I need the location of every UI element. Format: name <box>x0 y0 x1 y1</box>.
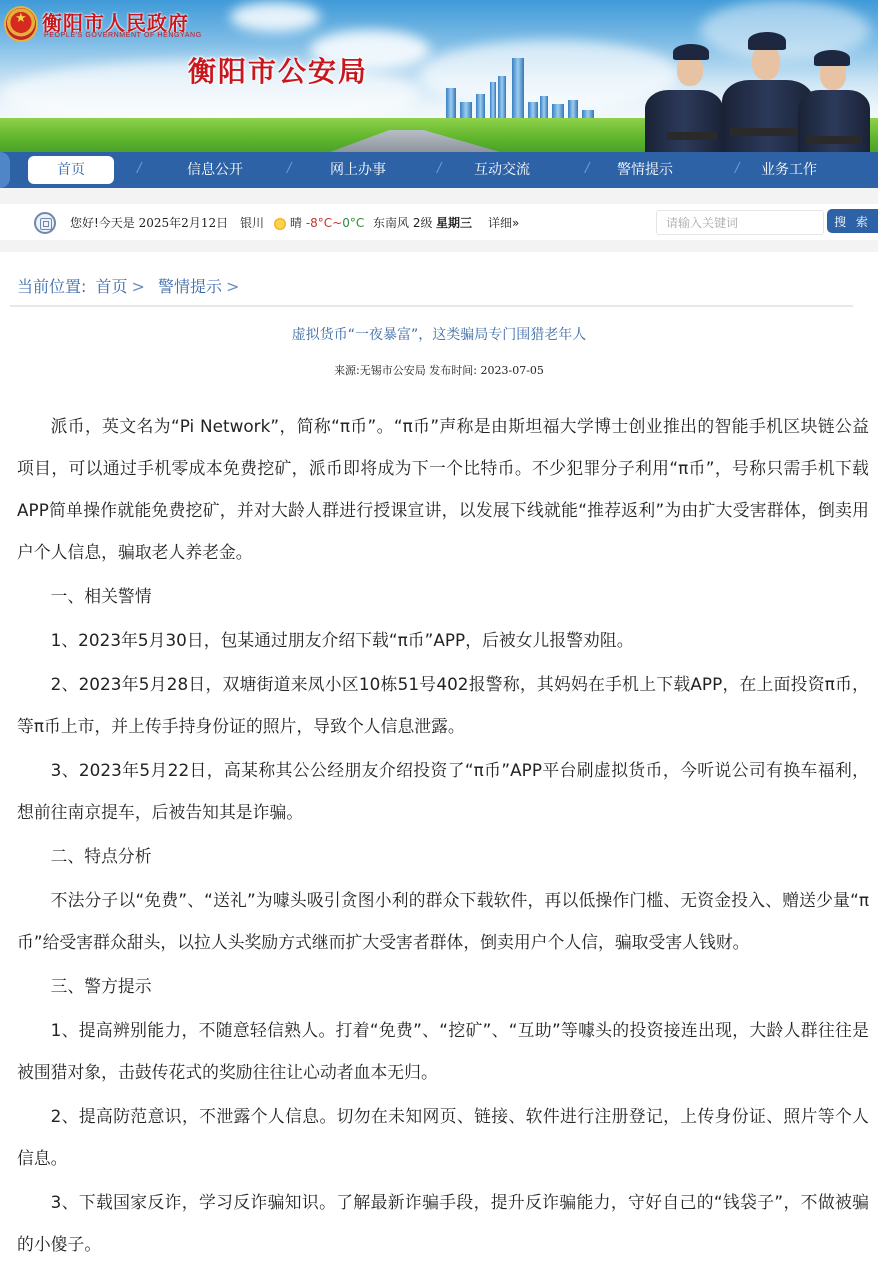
publish-label: 发布时间: <box>429 364 477 377</box>
greeting-text: 您好!今天是 2025年2月12日 <box>70 214 228 231</box>
weather-detail-link[interactable]: 详细» <box>488 214 519 231</box>
article-paragraph: 1、提高辨别能力，不随意轻信熟人。打着“免费”、“挖矿”、“互助”等噱头的投资接… <box>17 1009 869 1093</box>
weather-forecast: 晴 -8°C~0°C <box>290 214 364 231</box>
temperature-low: -8°C <box>306 216 332 230</box>
nav-left-cap <box>0 152 10 188</box>
article-paragraph: 2、提高防范意识，不泄露个人信息。切勿在未知网页、链接、软件进行注册登记，上传身… <box>17 1095 869 1179</box>
section-heading: 一、相关警情 <box>17 575 869 617</box>
city-skyline-image <box>440 52 610 122</box>
article-paragraph: 不法分子以“免费”、“送礼”为噱头吸引贪图小利的群众下载软件，再以低操作门槛、无… <box>17 879 869 963</box>
article-body: 派币，英文名为“Pi Network”，简称“π币”。“π币”声称是由斯坦福大学… <box>17 405 869 1267</box>
breadcrumb-home-link[interactable]: 首页 <box>96 277 128 296</box>
nav-item-interaction[interactable]: 互动交流 <box>459 156 545 184</box>
nav-separator: / <box>287 161 291 176</box>
today-date: 2025年2月12日 <box>139 216 228 230</box>
article-paragraph: 派币，英文名为“Pi Network”，简称“π币”。“π币”声称是由斯坦福大学… <box>17 405 869 573</box>
article-meta: 来源:无锡市公安局 发布时间: 2023-07-05 <box>0 362 878 378</box>
sunny-weather-icon <box>274 218 286 230</box>
main-nav: 首页 / 信息公开 / 网上办事 / 互动交流 / 警情提示 / 业务工作 <box>0 152 878 188</box>
article-paragraph: 3、下载国家反诈，学习反诈骗知识。了解最新诈骗手段，提升反诈骗能力，守好自己的“… <box>17 1181 869 1265</box>
national-emblem-icon <box>4 6 38 42</box>
section-heading: 二、特点分析 <box>17 835 869 877</box>
temperature-high: 0°C <box>342 216 364 230</box>
nav-item-police-alerts[interactable]: 警情提示 <box>602 156 688 184</box>
publish-date: 2023-07-05 <box>481 364 544 377</box>
bureau-title: 衡阳市公安局 <box>188 50 368 90</box>
nav-item-home[interactable]: 首页 <box>28 156 114 184</box>
wind-info: 东南风 2级 <box>373 214 432 231</box>
nav-separator: / <box>437 161 441 176</box>
police-officer-image <box>790 32 870 152</box>
nav-separator: / <box>735 161 739 176</box>
breadcrumb-separator: > <box>226 277 239 296</box>
search-input[interactable] <box>656 210 824 235</box>
greeting-label: 您好!今天是 <box>70 216 135 230</box>
article-paragraph: 2、2023年5月28日，双塘街道来凤小区10栋51号402报警称，其妈妈在手机… <box>17 663 869 747</box>
section-heading: 三、警方提示 <box>17 965 869 1007</box>
breadcrumb-separator: > <box>132 277 145 296</box>
cloud-decoration <box>230 2 320 32</box>
article-paragraph: 1、2023年5月30日，包某通过朋友介绍下载“π币”APP，后被女儿报警劝阻。 <box>17 619 869 661</box>
nav-item-info-disclosure[interactable]: 信息公开 <box>172 156 258 184</box>
weather-condition: 晴 <box>290 216 302 230</box>
calendar-icon <box>34 212 56 234</box>
info-bar: 您好!今天是 2025年2月12日 银川 晴 -8°C~0°C 东南风 2级 星… <box>0 204 878 240</box>
article-paragraph: 3、2023年5月22日，高某称其公公经朋友介绍投资了“π币”APP平台刷虚拟货… <box>17 749 869 833</box>
article-title: 虚拟货币“一夜暴富”，这类骗局专门围猎老年人 <box>0 324 878 344</box>
header-divider <box>10 305 853 307</box>
article-source: 来源:无锡市公安局 <box>334 364 426 377</box>
breadcrumb: 当前位置: 首页> 警情提示> <box>17 274 247 297</box>
police-officer-image <box>645 32 725 152</box>
breadcrumb-label: 当前位置: <box>17 277 86 296</box>
nav-item-online-services[interactable]: 网上办事 <box>315 156 401 184</box>
nav-separator: / <box>137 161 141 176</box>
temperature-separator: ~ <box>332 216 342 230</box>
weather-city: 银川 <box>240 214 264 231</box>
weekday: 星期三 <box>436 214 472 231</box>
header-banner: 衡阳市人民政府 PEOPLE'S GOVERNMENT OF HENGYANG … <box>0 0 878 152</box>
nav-item-business-work[interactable]: 业务工作 <box>746 156 832 184</box>
breadcrumb-police-alerts-link[interactable]: 警情提示 <box>158 277 222 296</box>
nav-separator: / <box>585 161 589 176</box>
search-button[interactable]: 搜 索 <box>827 209 878 233</box>
gov-site-subtitle: PEOPLE'S GOVERNMENT OF HENGYANG <box>44 32 202 39</box>
